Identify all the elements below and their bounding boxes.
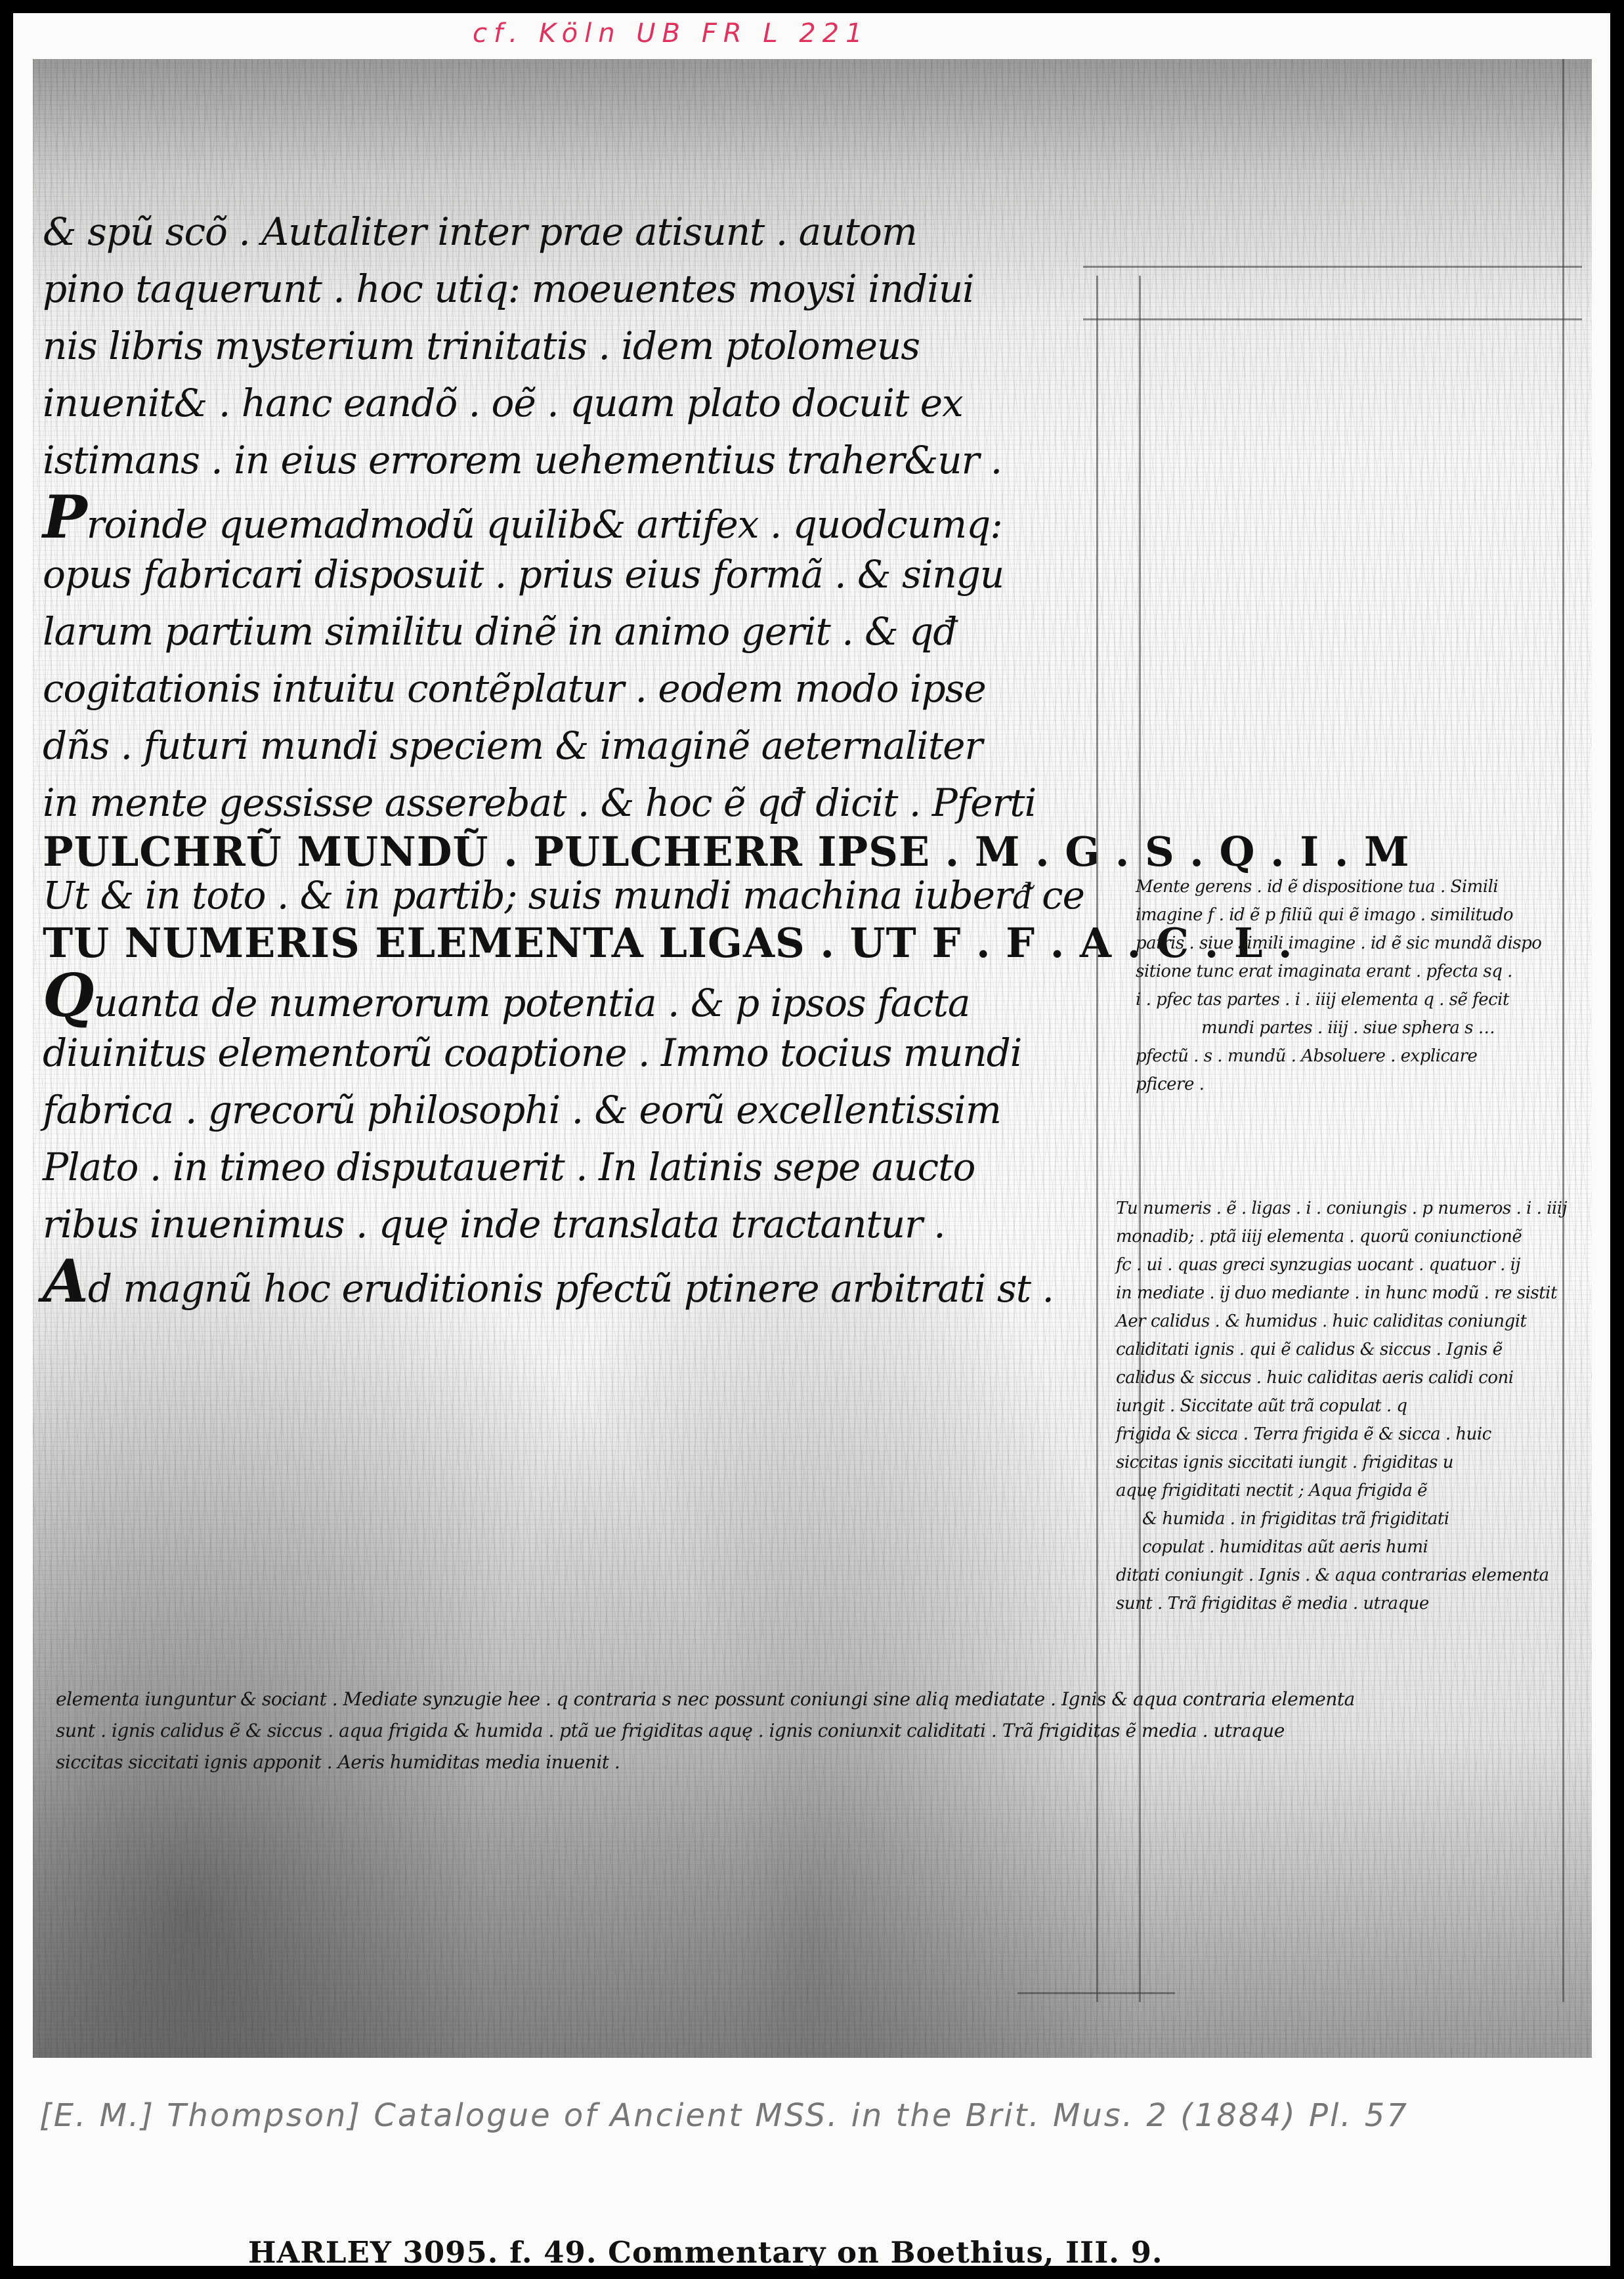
- main-text-column: & spũ scõ . Autaliter inter prae atisunt…: [43, 203, 1093, 1310]
- gloss-line: Tu numeris . ẽ . ligas . i . coniungis .…: [1116, 1195, 1567, 1223]
- gloss-line: siccitas ignis siccitati iungit . frigid…: [1116, 1449, 1567, 1477]
- gloss-line: frigida & sicca . Terra frigida ẽ & sicc…: [1116, 1420, 1567, 1449]
- page-sheet: cf. Köln UB FR L 221 & spũ scõ . Autalit…: [13, 13, 1610, 2266]
- marginal-gloss-lower: Tu numeris . ẽ . ligas . i . coniungis .…: [1116, 1195, 1567, 1618]
- gloss-line: sitione tunc erat imaginata erant . pfec…: [1136, 958, 1541, 986]
- main-text-line: Quanta de numerorum potentia . & p ipsos…: [43, 968, 1093, 1025]
- ruling-line-horizontal: [1083, 318, 1582, 320]
- ruling-line-horizontal: [1017, 1992, 1175, 1994]
- marginal-gloss-upper: Mente gerens . id ẽ dispositione tua . S…: [1136, 873, 1541, 1099]
- main-text-line: istimans . in eius errorem uehementius t…: [43, 432, 1093, 489]
- gloss-line: Aer calidus . & humidus . huic caliditas…: [1116, 1308, 1567, 1336]
- gloss-line: aquę frigiditati nectit ; Aqua frigida ẽ: [1116, 1477, 1567, 1505]
- gloss-line: & humida . in frigiditas trã frigiditati: [1116, 1505, 1567, 1533]
- gloss-line: patris . siue simili imagine . id ẽ sic …: [1136, 929, 1541, 958]
- main-text-line: Ut & in toto . & in partib; suis mundi m…: [43, 872, 1093, 918]
- gloss-line: i . pfec tas partes . i . iiij elementa …: [1136, 986, 1541, 1014]
- gloss-line: fc . ui . quas greci synzugias uocant . …: [1116, 1251, 1567, 1279]
- main-text-line: nis libris mysterium trinitatis . idem p…: [43, 318, 1093, 375]
- main-text-line: Proinde quemadmodũ quilib& artifex . quo…: [43, 489, 1093, 546]
- bottom-gloss: elementa iunguntur & sociant . Mediate s…: [56, 1684, 1355, 1778]
- lemma-line: PULCHRŨ MUNDŨ . PULCHERR IPSE . M . G . …: [43, 832, 1093, 872]
- gloss-line: siccitas siccitati ignis apponit . Aeris…: [56, 1747, 1355, 1778]
- gloss-line: monadib; . ptã iiij elementa . quorũ con…: [1116, 1223, 1567, 1251]
- gloss-line: pfectũ . s . mundũ . Absoluere . explica…: [1136, 1042, 1541, 1071]
- main-text-line: & spũ scõ . Autaliter inter prae atisunt…: [43, 203, 1093, 261]
- main-text-line: larum partium similitu dinẽ in animo ger…: [43, 603, 1093, 660]
- gloss-line: pficere .: [1136, 1071, 1541, 1099]
- gloss-line: copulat . humiditas aũt aeris humi: [1116, 1533, 1567, 1562]
- main-text-line: pino taquerunt . hoc utiq: moeuentes moy…: [43, 261, 1093, 318]
- gloss-line: mundi partes . iiij . siue sphera s …: [1136, 1014, 1541, 1042]
- gloss-line: elementa iunguntur & sociant . Mediate s…: [56, 1684, 1355, 1715]
- gloss-line: iungit . Siccitate aũt trã copulat . q: [1116, 1392, 1567, 1420]
- gloss-line: Mente gerens . id ẽ dispositione tua . S…: [1136, 873, 1541, 901]
- main-text-line: fabrica . grecorũ philosophi . & eorũ ex…: [43, 1082, 1093, 1139]
- main-text-line: inuenit& . hanc eandõ . oẽ . quam plato …: [43, 375, 1093, 432]
- gloss-line: calidus & siccus . huic caliditas aeris …: [1116, 1364, 1567, 1392]
- gloss-line: imagine f . id ẽ p filiũ qui ẽ imago . s…: [1136, 901, 1541, 929]
- ruling-line-horizontal: [1083, 266, 1582, 268]
- printed-caption: HARLEY 3095. f. 49. Commentary on Boethi…: [248, 2235, 1163, 2270]
- gloss-line: sunt . ignis calidus ẽ & siccus . aqua f…: [56, 1715, 1355, 1747]
- main-text-line: dñs . futuri mundi speciem & imaginẽ aet…: [43, 717, 1093, 775]
- gloss-line: in mediate . ij duo mediante . in hunc m…: [1116, 1279, 1567, 1308]
- ruling-line-vertical: [1562, 59, 1564, 2002]
- main-text-line: in mente gessisse asserebat . & hoc ẽ qđ…: [43, 775, 1093, 832]
- lemma-line: TU NUMERIS ELEMENTA LIGAS . UT F . F . A…: [43, 918, 1093, 968]
- main-text-line: Plato . in timeo disputauerit . In latin…: [43, 1139, 1093, 1196]
- main-text-line: diuinitus elementorũ coaptione . Immo to…: [43, 1025, 1093, 1082]
- main-text-line: opus fabricari disposuit . prius eius fo…: [43, 546, 1093, 603]
- red-handwritten-annotation: cf. Köln UB FR L 221: [473, 18, 869, 49]
- main-text-line: ribus inuenimus . quę inde translata tra…: [43, 1196, 1093, 1253]
- main-text-line: Ad magnũ hoc eruditionis pfectũ ptinere …: [43, 1253, 1093, 1310]
- gloss-line: caliditati ignis . qui ẽ calidus & siccu…: [1116, 1336, 1567, 1364]
- main-text-line: cogitationis intuitu contẽplatur . eodem…: [43, 660, 1093, 717]
- gloss-line: sunt . Trã frigiditas ẽ media . utraque: [1116, 1590, 1567, 1618]
- gloss-line: ditati coniungit . Ignis . & aqua contra…: [1116, 1562, 1567, 1590]
- pencil-citation: [E. M.] Thompson] Catalogue of Ancient M…: [39, 2097, 1409, 2134]
